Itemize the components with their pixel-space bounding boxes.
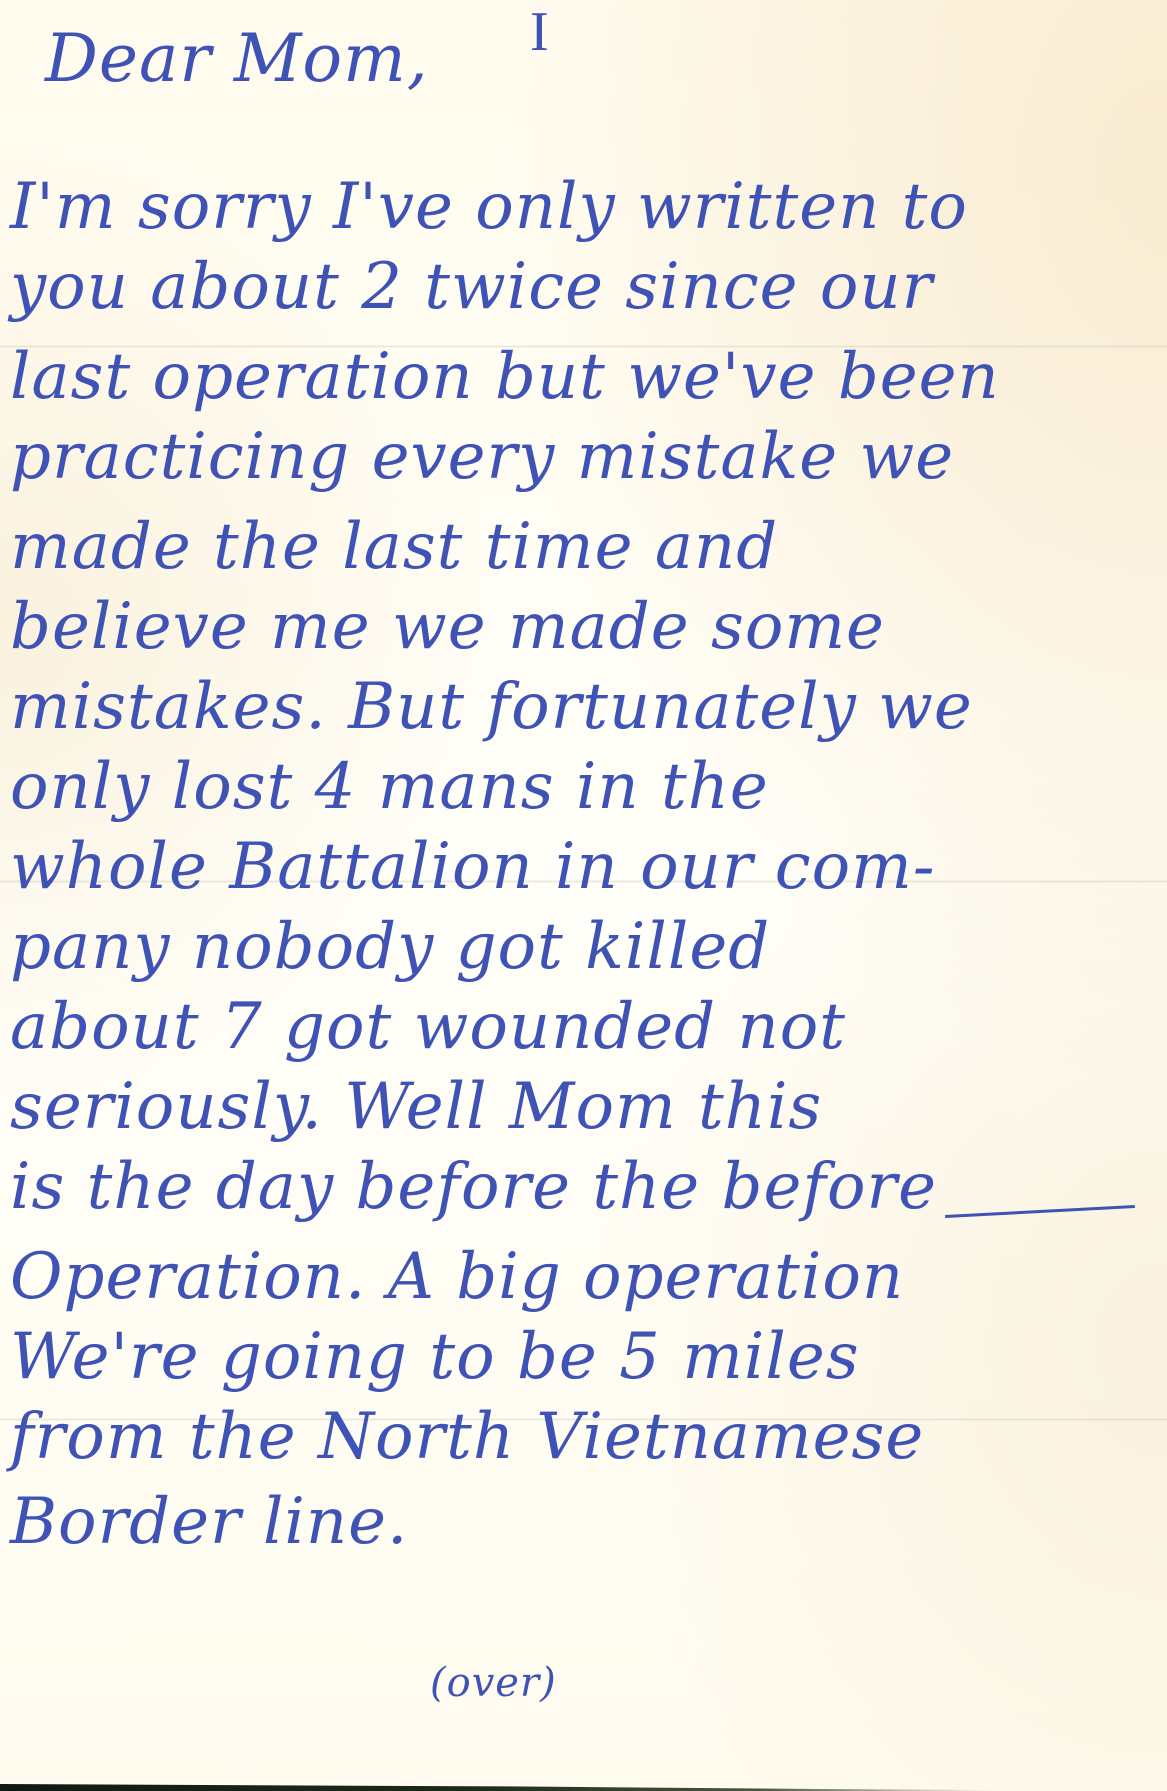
- letter-line: mistakes. But fortunately we: [10, 670, 973, 744]
- letter-line: you about 2 twice since our: [10, 250, 933, 324]
- letter-line: from the North Vietnamese: [10, 1400, 924, 1474]
- letter-line: pany nobody got killed: [10, 910, 770, 984]
- letter-line: Border line.: [10, 1485, 408, 1559]
- over-note: (over): [430, 1660, 557, 1706]
- letter-line: I'm sorry I've only written to: [10, 170, 968, 244]
- letter-line: practicing every mistake we: [10, 420, 954, 494]
- letter-line: whole Battalion in our com-: [10, 830, 935, 904]
- letter-line: about 7 got wounded not: [10, 990, 846, 1064]
- letter-line: believe me we made some: [10, 590, 885, 664]
- letter-line: is the day before the before: [10, 1150, 937, 1224]
- page-number: I: [530, 0, 550, 64]
- letter-line: only lost 4 mans in the: [10, 750, 769, 824]
- letter-line: last operation but we've been: [10, 340, 1000, 414]
- salutation: Dear Mom,: [45, 20, 429, 97]
- letter-line: seriously. Well Mom this: [10, 1070, 822, 1144]
- letter-line: Operation. A big operation: [10, 1240, 904, 1314]
- letter-line: made the last time and: [10, 510, 778, 584]
- letter-line: We're going to be 5 miles: [10, 1320, 860, 1394]
